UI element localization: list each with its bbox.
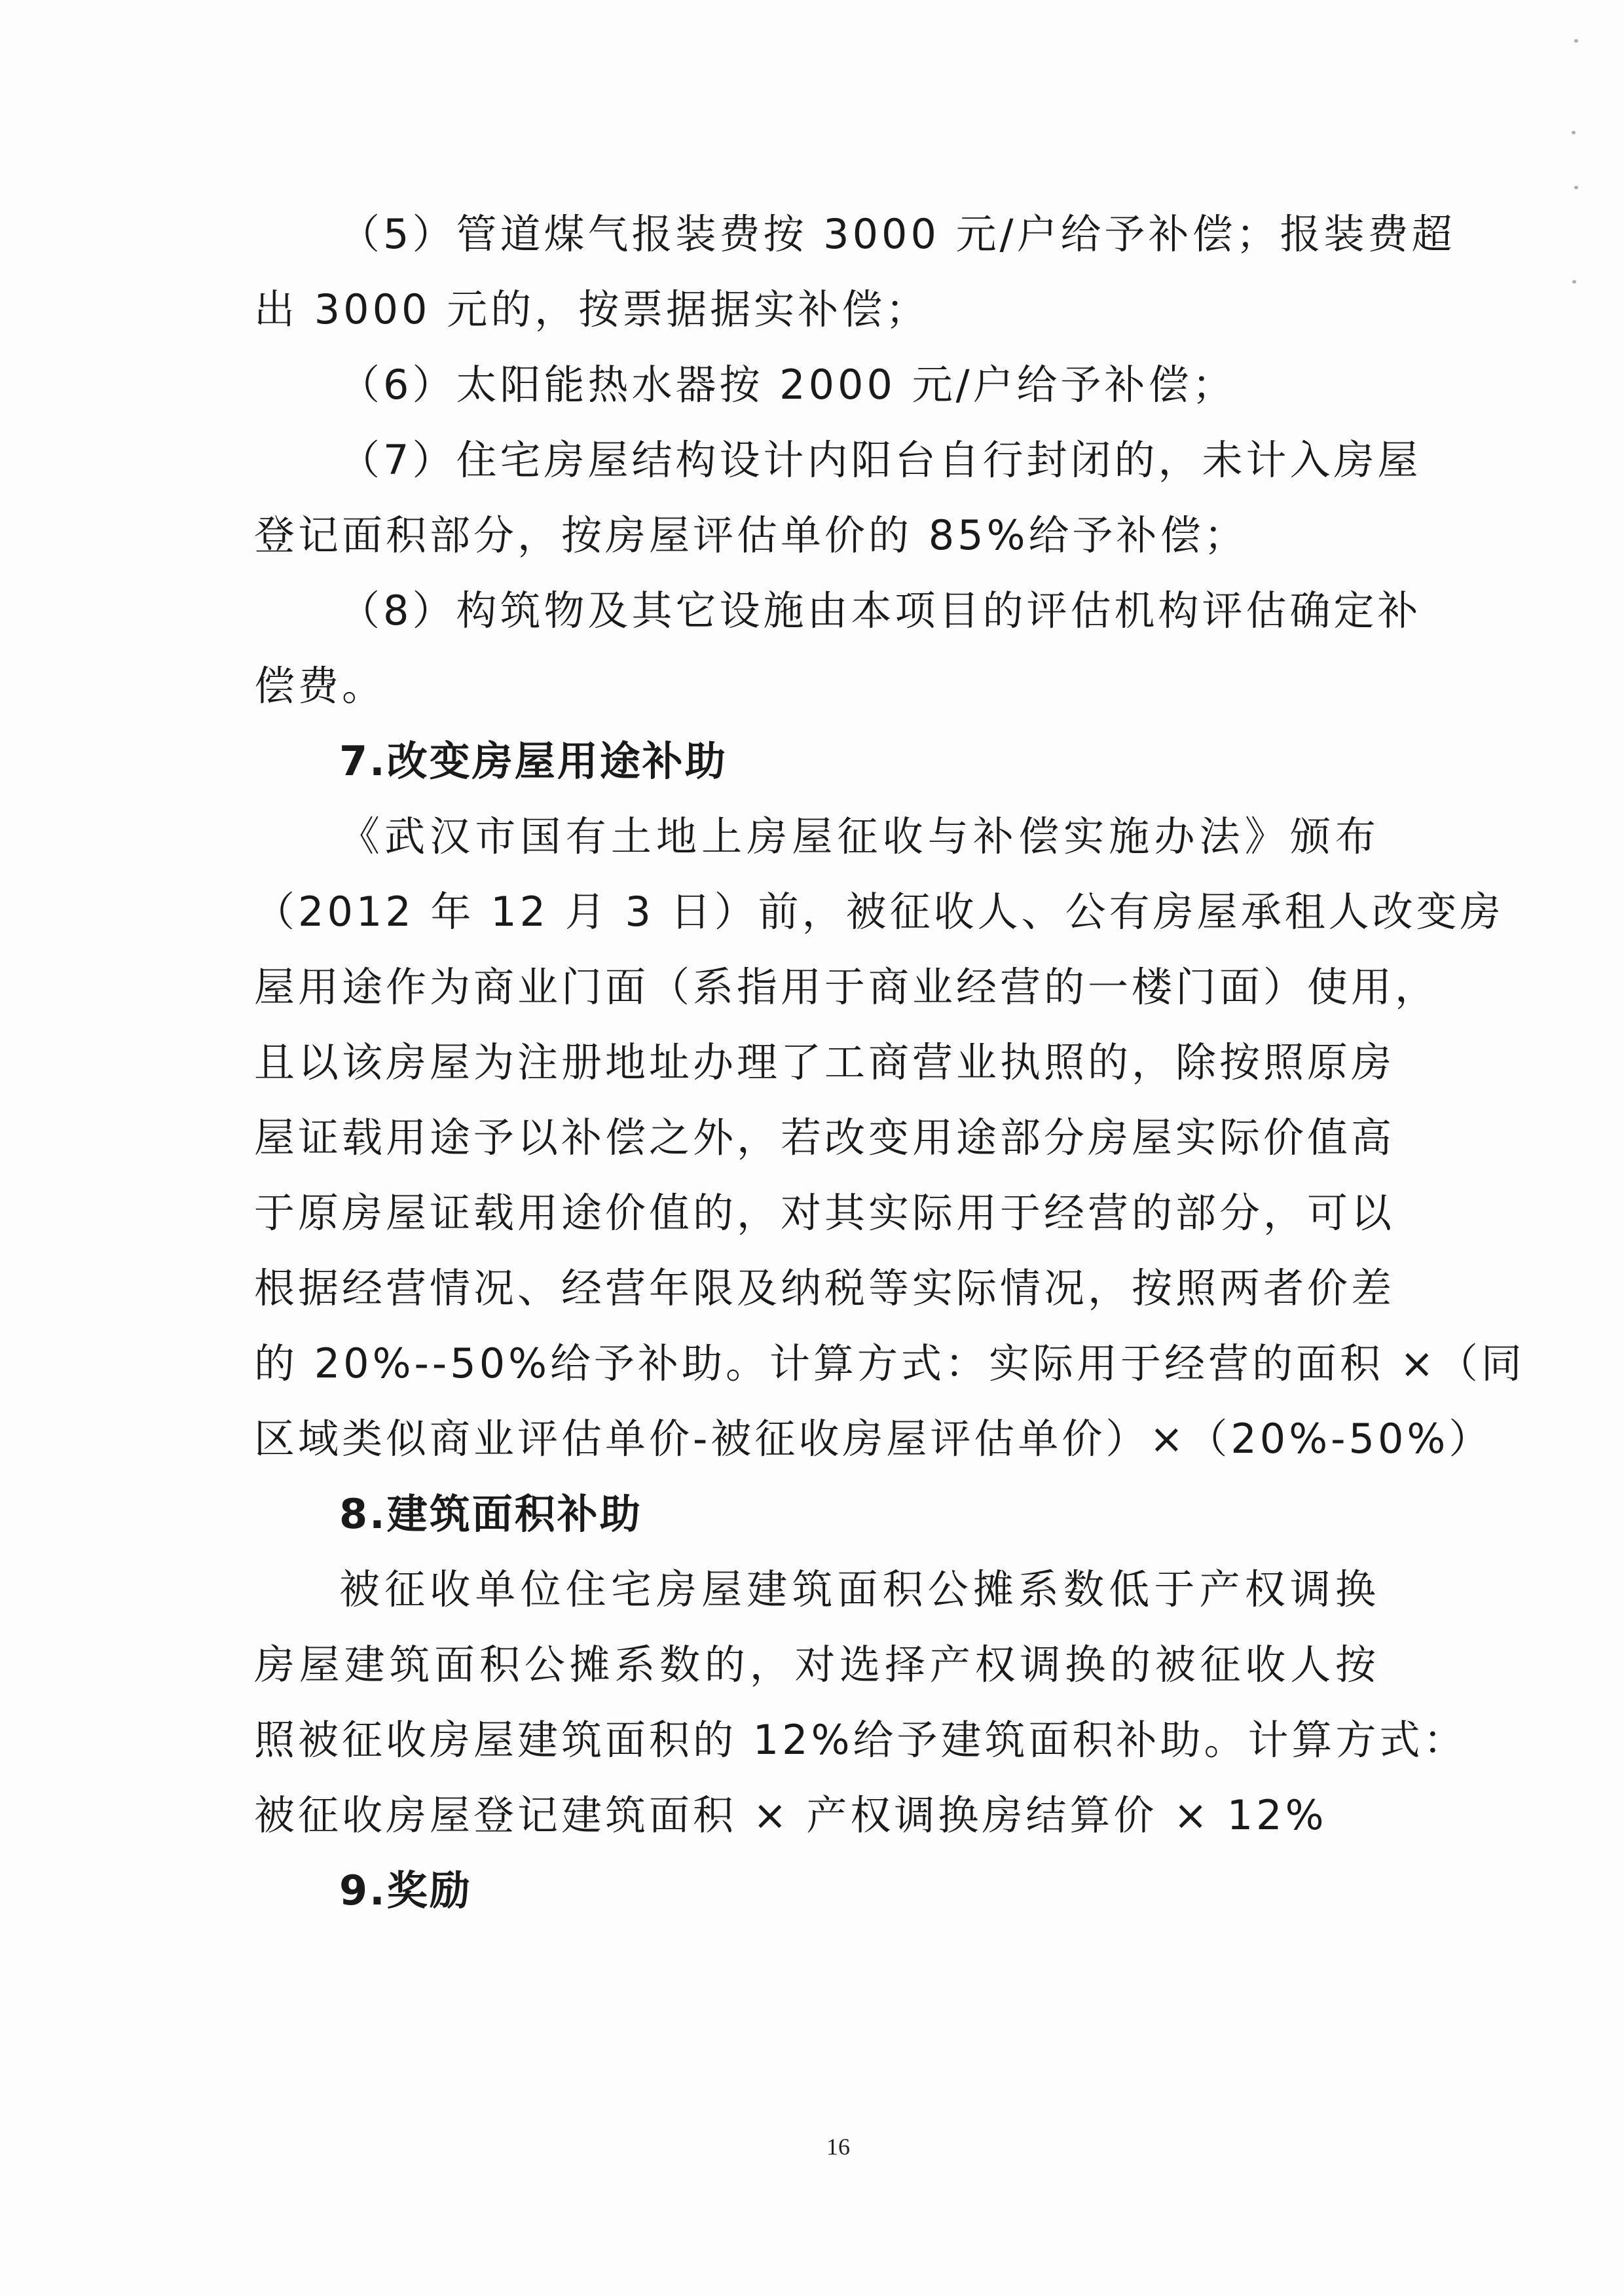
paragraph-line: 房屋建筑面积公摊系数的，对选择产权调换的被征收人按 <box>254 1639 1379 1691</box>
paragraph-line: （2012 年 12 月 3 日）前，被征收人、公有房屋承租人改变房 <box>254 886 1379 938</box>
paragraph-line: 被征收单位住宅房屋建筑面积公摊系数低于产权调换 <box>339 1563 1379 1616</box>
paragraph-line: 出 3000 元的，按票据据实补偿； <box>254 283 929 336</box>
scan-artifact <box>1574 39 1578 43</box>
scan-artifact <box>1572 280 1576 283</box>
paragraph-line-item-8: （8）构筑物及其它设施由本项目的评估机构评估确定补 <box>339 585 1379 637</box>
paragraph-line: 登记面积部分，按房屋评估单价的 85%给予补偿； <box>254 509 1248 562</box>
scan-artifact <box>1574 186 1578 189</box>
paragraph-line: 《武汉市国有土地上房屋征收与补偿实施办法》颁布 <box>339 811 1379 863</box>
paragraph-line-formula: 被征收房屋登记建筑面积 × 产权调换房结算价 × 12% <box>254 1789 1327 1842</box>
paragraph-line: 且以该房屋为注册地址办理了工商营业执照的，除按照原房 <box>254 1036 1379 1089</box>
paragraph-line-formula: 区域类似商业评估单价-被征收房屋评估单价）×（20%-50%） <box>254 1413 1379 1465</box>
paragraph-line: 屋用途作为商业门面（系指用于商业经营的一楼门面）使用， <box>254 961 1379 1013</box>
page-number: 16 <box>812 2133 864 2160</box>
paragraph-line: 照被征收房屋建筑面积的 12%给予建筑面积补助。计算方式： <box>254 1714 1379 1766</box>
paragraph-line: 屋证载用途予以补偿之外，若改变用途部分房屋实际价值高 <box>254 1112 1379 1164</box>
scan-artifact <box>1572 131 1576 134</box>
section-heading-8: 8.建筑面积补助 <box>339 1488 642 1540</box>
section-heading-9: 9.奖励 <box>339 1865 472 1917</box>
paragraph-line-formula: 的 20%--50%给予补助。计算方式：实际用于经营的面积 ×（同 <box>254 1338 1379 1390</box>
paragraph-line-item-7: （7）住宅房屋结构设计内阳台自行封闭的，未计入房屋 <box>339 434 1379 486</box>
paragraph-line: 根据经营情况、经营年限及纳税等实际情况，按照两者价差 <box>254 1262 1379 1315</box>
paragraph-line-item-6: （6）太阳能热水器按 2000 元/户给予补偿； <box>339 359 1236 411</box>
paragraph-line-item-5: （5）管道煤气报装费按 3000 元/户给予补偿；报装费超 <box>339 208 1379 261</box>
paragraph-line: 偿费。 <box>254 660 386 712</box>
document-page: （5）管道煤气报装费按 3000 元/户给予补偿；报装费超 出 3000 元的，… <box>0 0 1624 2296</box>
paragraph-line: 于原房屋证载用途价值的，对其实际用于经营的部分，可以 <box>254 1187 1379 1239</box>
section-heading-7: 7.改变房屋用途补助 <box>339 735 728 788</box>
